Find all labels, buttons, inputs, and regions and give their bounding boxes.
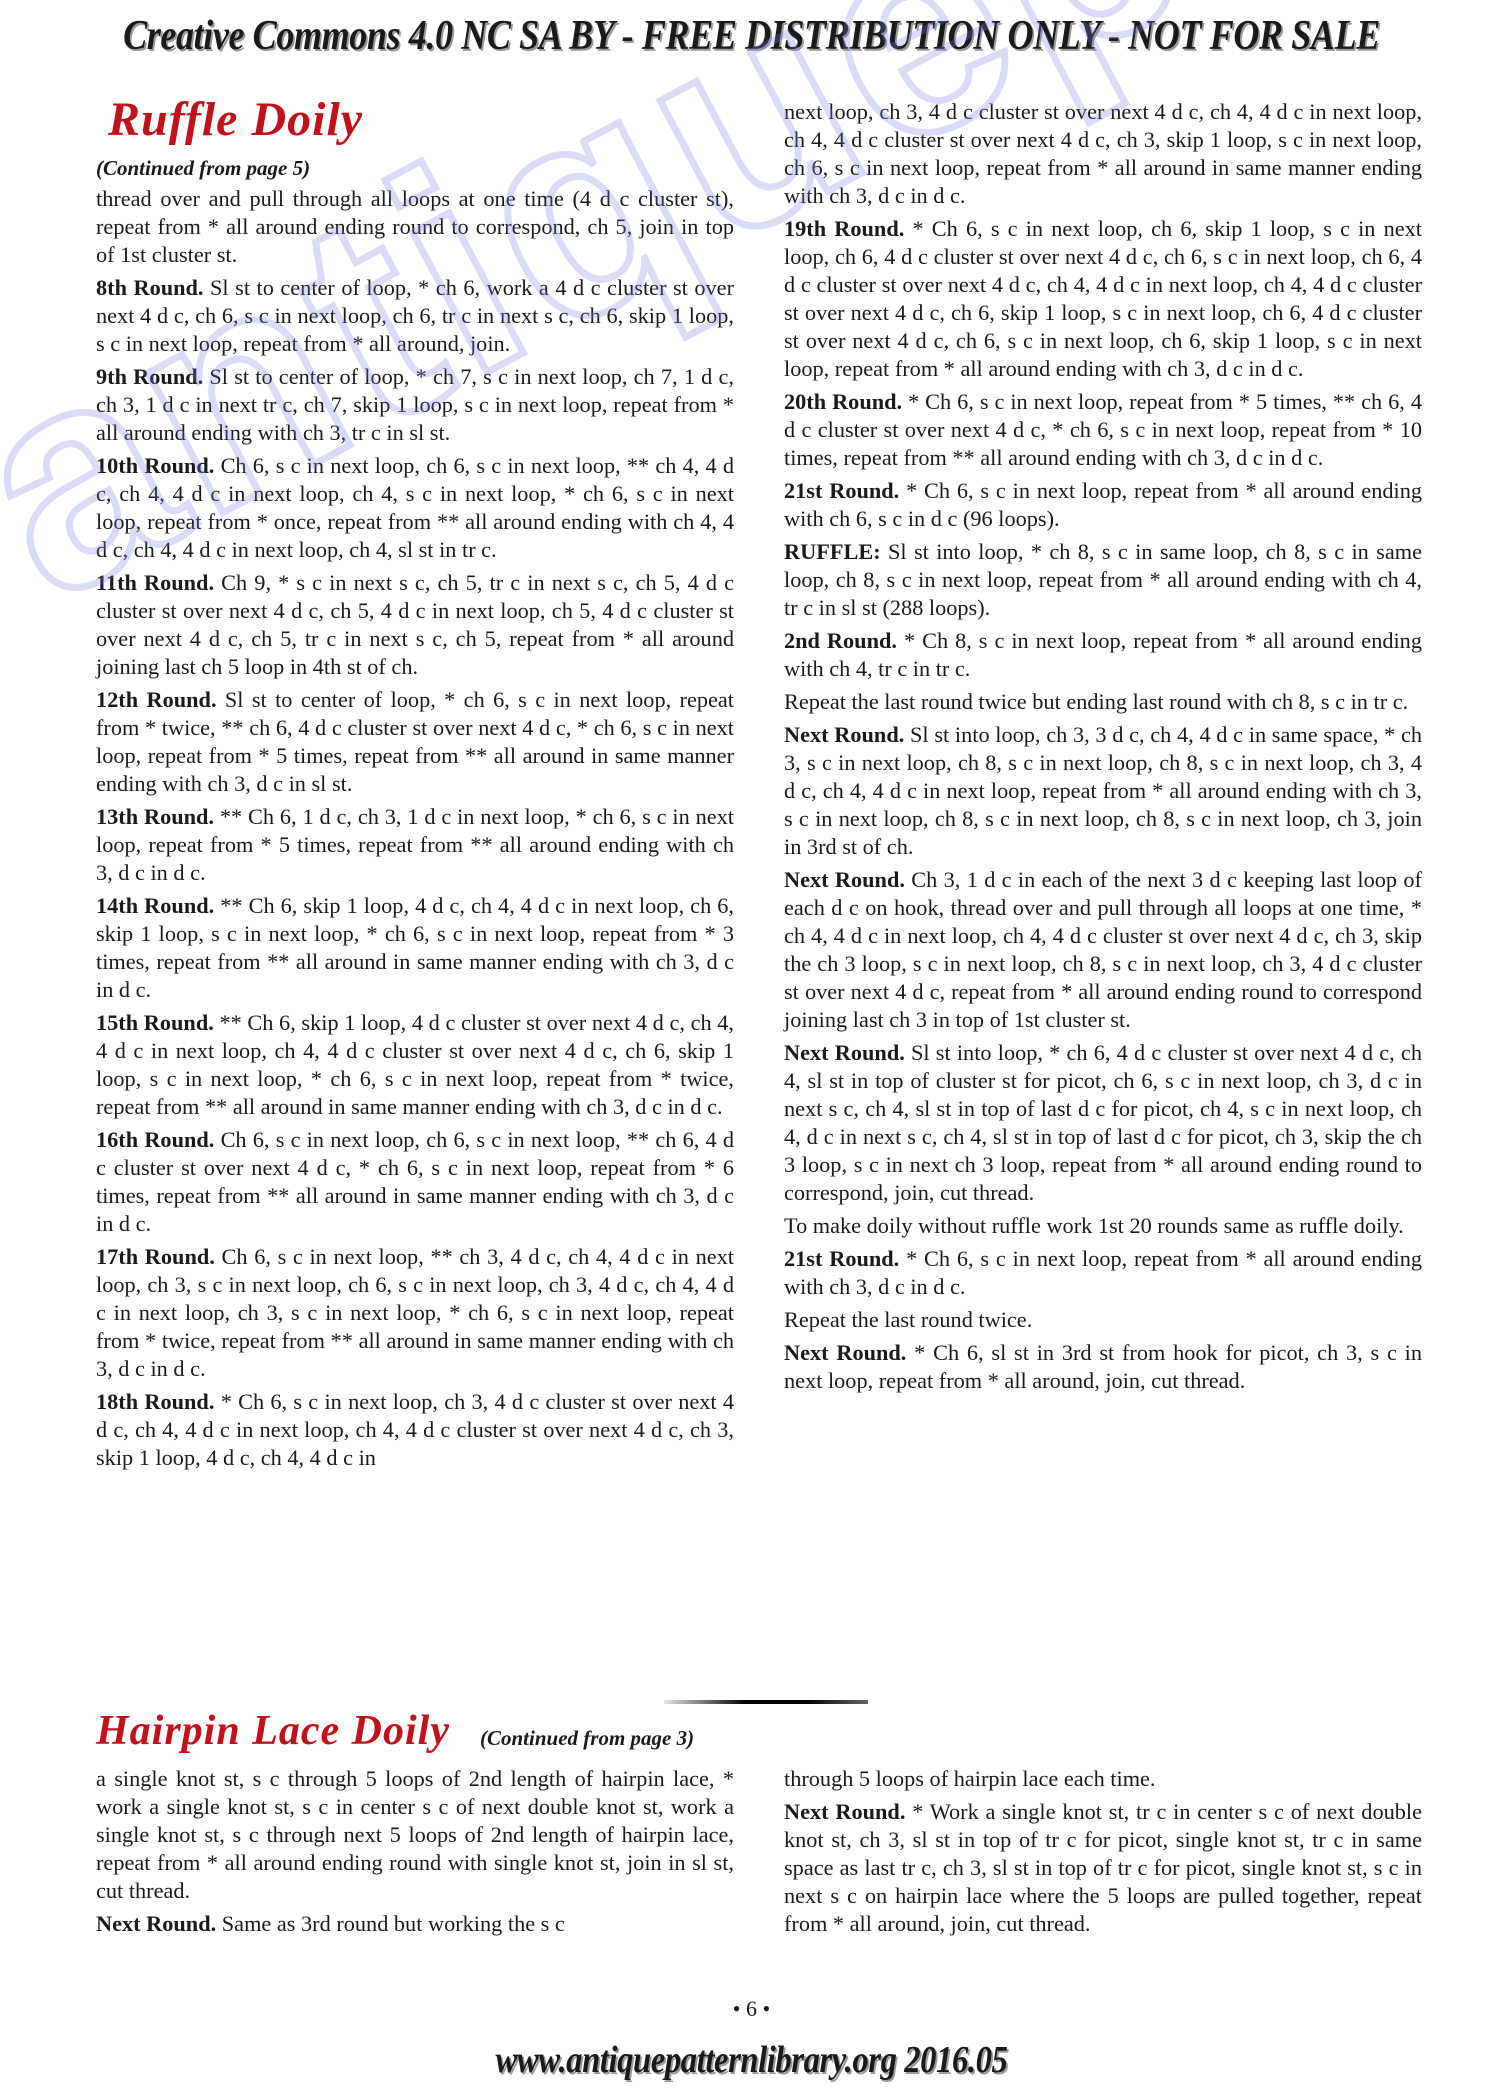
hairpin-lace-doily-title: Hairpin Lace Doily: [96, 1707, 450, 1755]
ruffle-doily-title: Ruffle Doily: [108, 92, 363, 147]
instruction-paragraph: Next Round. Sl st into loop, ch 3, 3 d c…: [784, 721, 1422, 861]
round-label: Next Round.: [96, 1911, 216, 1936]
instruction-paragraph: a single knot st, s c through 5 loops of…: [96, 1765, 734, 1905]
hairpin-continued-note: (Continued from page 3): [480, 1726, 694, 1751]
instruction-paragraph: 13th Round. ** Ch 6, 1 d c, ch 3, 1 d c …: [96, 803, 734, 887]
instruction-paragraph: 21st Round. * Ch 6, s c in next loop, re…: [784, 1245, 1422, 1301]
round-text: a single knot st, s c through 5 loops of…: [96, 1766, 734, 1903]
instruction-note: Repeat the last round twice.: [784, 1306, 1422, 1334]
instruction-paragraph: Next Round. * Work a single knot st, tr …: [784, 1798, 1422, 1938]
instruction-paragraph: 21st Round. * Ch 6, s c in next loop, re…: [784, 477, 1422, 533]
round-text: thread over and pull through all loops a…: [96, 186, 734, 267]
instruction-paragraph: Next Round. * Ch 6, sl st in 3rd st from…: [784, 1339, 1422, 1395]
instruction-paragraph: 17th Round. Ch 6, s c in next loop, ** c…: [96, 1243, 734, 1383]
round-label: Next Round.: [784, 867, 905, 892]
round-label: 8th Round.: [96, 275, 204, 300]
round-text: Same as 3rd round but working the s c: [222, 1911, 565, 1936]
round-label: 9th Round.: [96, 364, 203, 389]
instruction-paragraph: 11th Round. Ch 9, * s c in next s c, ch …: [96, 569, 734, 681]
section-divider: [664, 1700, 868, 1704]
ruffle-continued-note: (Continued from page 5): [96, 156, 310, 181]
instruction-paragraph: 8th Round. Sl st to center of loop, * ch…: [96, 274, 734, 358]
instruction-paragraph: 12th Round. Sl st to center of loop, * c…: [96, 686, 734, 798]
round-label: 13th Round.: [96, 804, 214, 829]
round-label: 21st Round.: [784, 1246, 899, 1271]
round-label: 14th Round.: [96, 893, 214, 918]
round-label: RUFFLE:: [784, 539, 881, 564]
instruction-paragraph: Next Round. Same as 3rd round but workin…: [96, 1910, 734, 1938]
hairpin-left-column: a single knot st, s c through 5 loops of…: [96, 1765, 734, 1943]
website-footer: www.antiquepatternlibrary.org 2016.05: [105, 2038, 1398, 2082]
instruction-paragraph: Next Round. Sl st into loop, * ch 6, 4 d…: [784, 1039, 1422, 1207]
round-label: 17th Round.: [96, 1244, 215, 1269]
instruction-paragraph: 15th Round. ** Ch 6, skip 1 loop, 4 d c …: [96, 1009, 734, 1121]
instruction-paragraph: thread over and pull through all loops a…: [96, 185, 734, 269]
round-label: 19th Round.: [784, 216, 904, 241]
instruction-paragraph: RUFFLE: Sl st into loop, * ch 8, s c in …: [784, 538, 1422, 622]
round-text: next loop, ch 3, 4 d c cluster st over n…: [784, 99, 1422, 208]
instruction-paragraph: Next Round. Ch 3, 1 d c in each of the n…: [784, 866, 1422, 1034]
round-label: 2nd Round.: [784, 628, 897, 653]
instruction-paragraph: 20th Round. * Ch 6, s c in next loop, re…: [784, 388, 1422, 472]
round-label: 15th Round.: [96, 1010, 214, 1035]
instruction-paragraph: 14th Round. ** Ch 6, skip 1 loop, 4 d c,…: [96, 892, 734, 1004]
round-label: Next Round.: [784, 1799, 905, 1824]
round-label: 10th Round.: [96, 453, 214, 478]
round-label: 12th Round.: [96, 687, 217, 712]
instruction-paragraph: 9th Round. Sl st to center of loop, * ch…: [96, 363, 734, 447]
instruction-note: To make doily without ruffle work 1st 20…: [784, 1212, 1422, 1240]
hairpin-right-column: through 5 loops of hairpin lace each tim…: [784, 1765, 1422, 1943]
instruction-paragraph: 16th Round. Ch 6, s c in next loop, ch 6…: [96, 1126, 734, 1238]
instruction-paragraph: 19th Round. * Ch 6, s c in next loop, ch…: [784, 215, 1422, 383]
instruction-paragraph: next loop, ch 3, 4 d c cluster st over n…: [784, 98, 1422, 210]
ruffle-right-column: next loop, ch 3, 4 d c cluster st over n…: [784, 98, 1422, 1400]
instruction-note: Repeat the last round twice but ending l…: [784, 688, 1422, 716]
ruffle-left-column: thread over and pull through all loops a…: [96, 185, 734, 1477]
round-label: 11th Round.: [96, 570, 214, 595]
round-label: Next Round.: [784, 1040, 905, 1065]
round-label: Next Round.: [784, 1340, 906, 1365]
license-banner: Creative Commons 4.0 NC SA BY - FREE DIS…: [105, 12, 1398, 60]
instruction-paragraph: 10th Round. Ch 6, s c in next loop, ch 6…: [96, 452, 734, 564]
instruction-paragraph: 18th Round. * Ch 6, s c in next loop, ch…: [96, 1388, 734, 1472]
round-text: through 5 loops of hairpin lace each tim…: [784, 1766, 1156, 1791]
round-label: 18th Round.: [96, 1389, 214, 1414]
round-label: Next Round.: [784, 722, 904, 747]
page-number: • 6 •: [0, 1996, 1503, 2022]
round-label: 21st Round.: [784, 478, 899, 503]
instruction-paragraph: through 5 loops of hairpin lace each tim…: [784, 1765, 1422, 1793]
round-label: 16th Round.: [96, 1127, 214, 1152]
instruction-paragraph: 2nd Round. * Ch 8, s c in next loop, rep…: [784, 627, 1422, 683]
round-label: 20th Round.: [784, 389, 902, 414]
